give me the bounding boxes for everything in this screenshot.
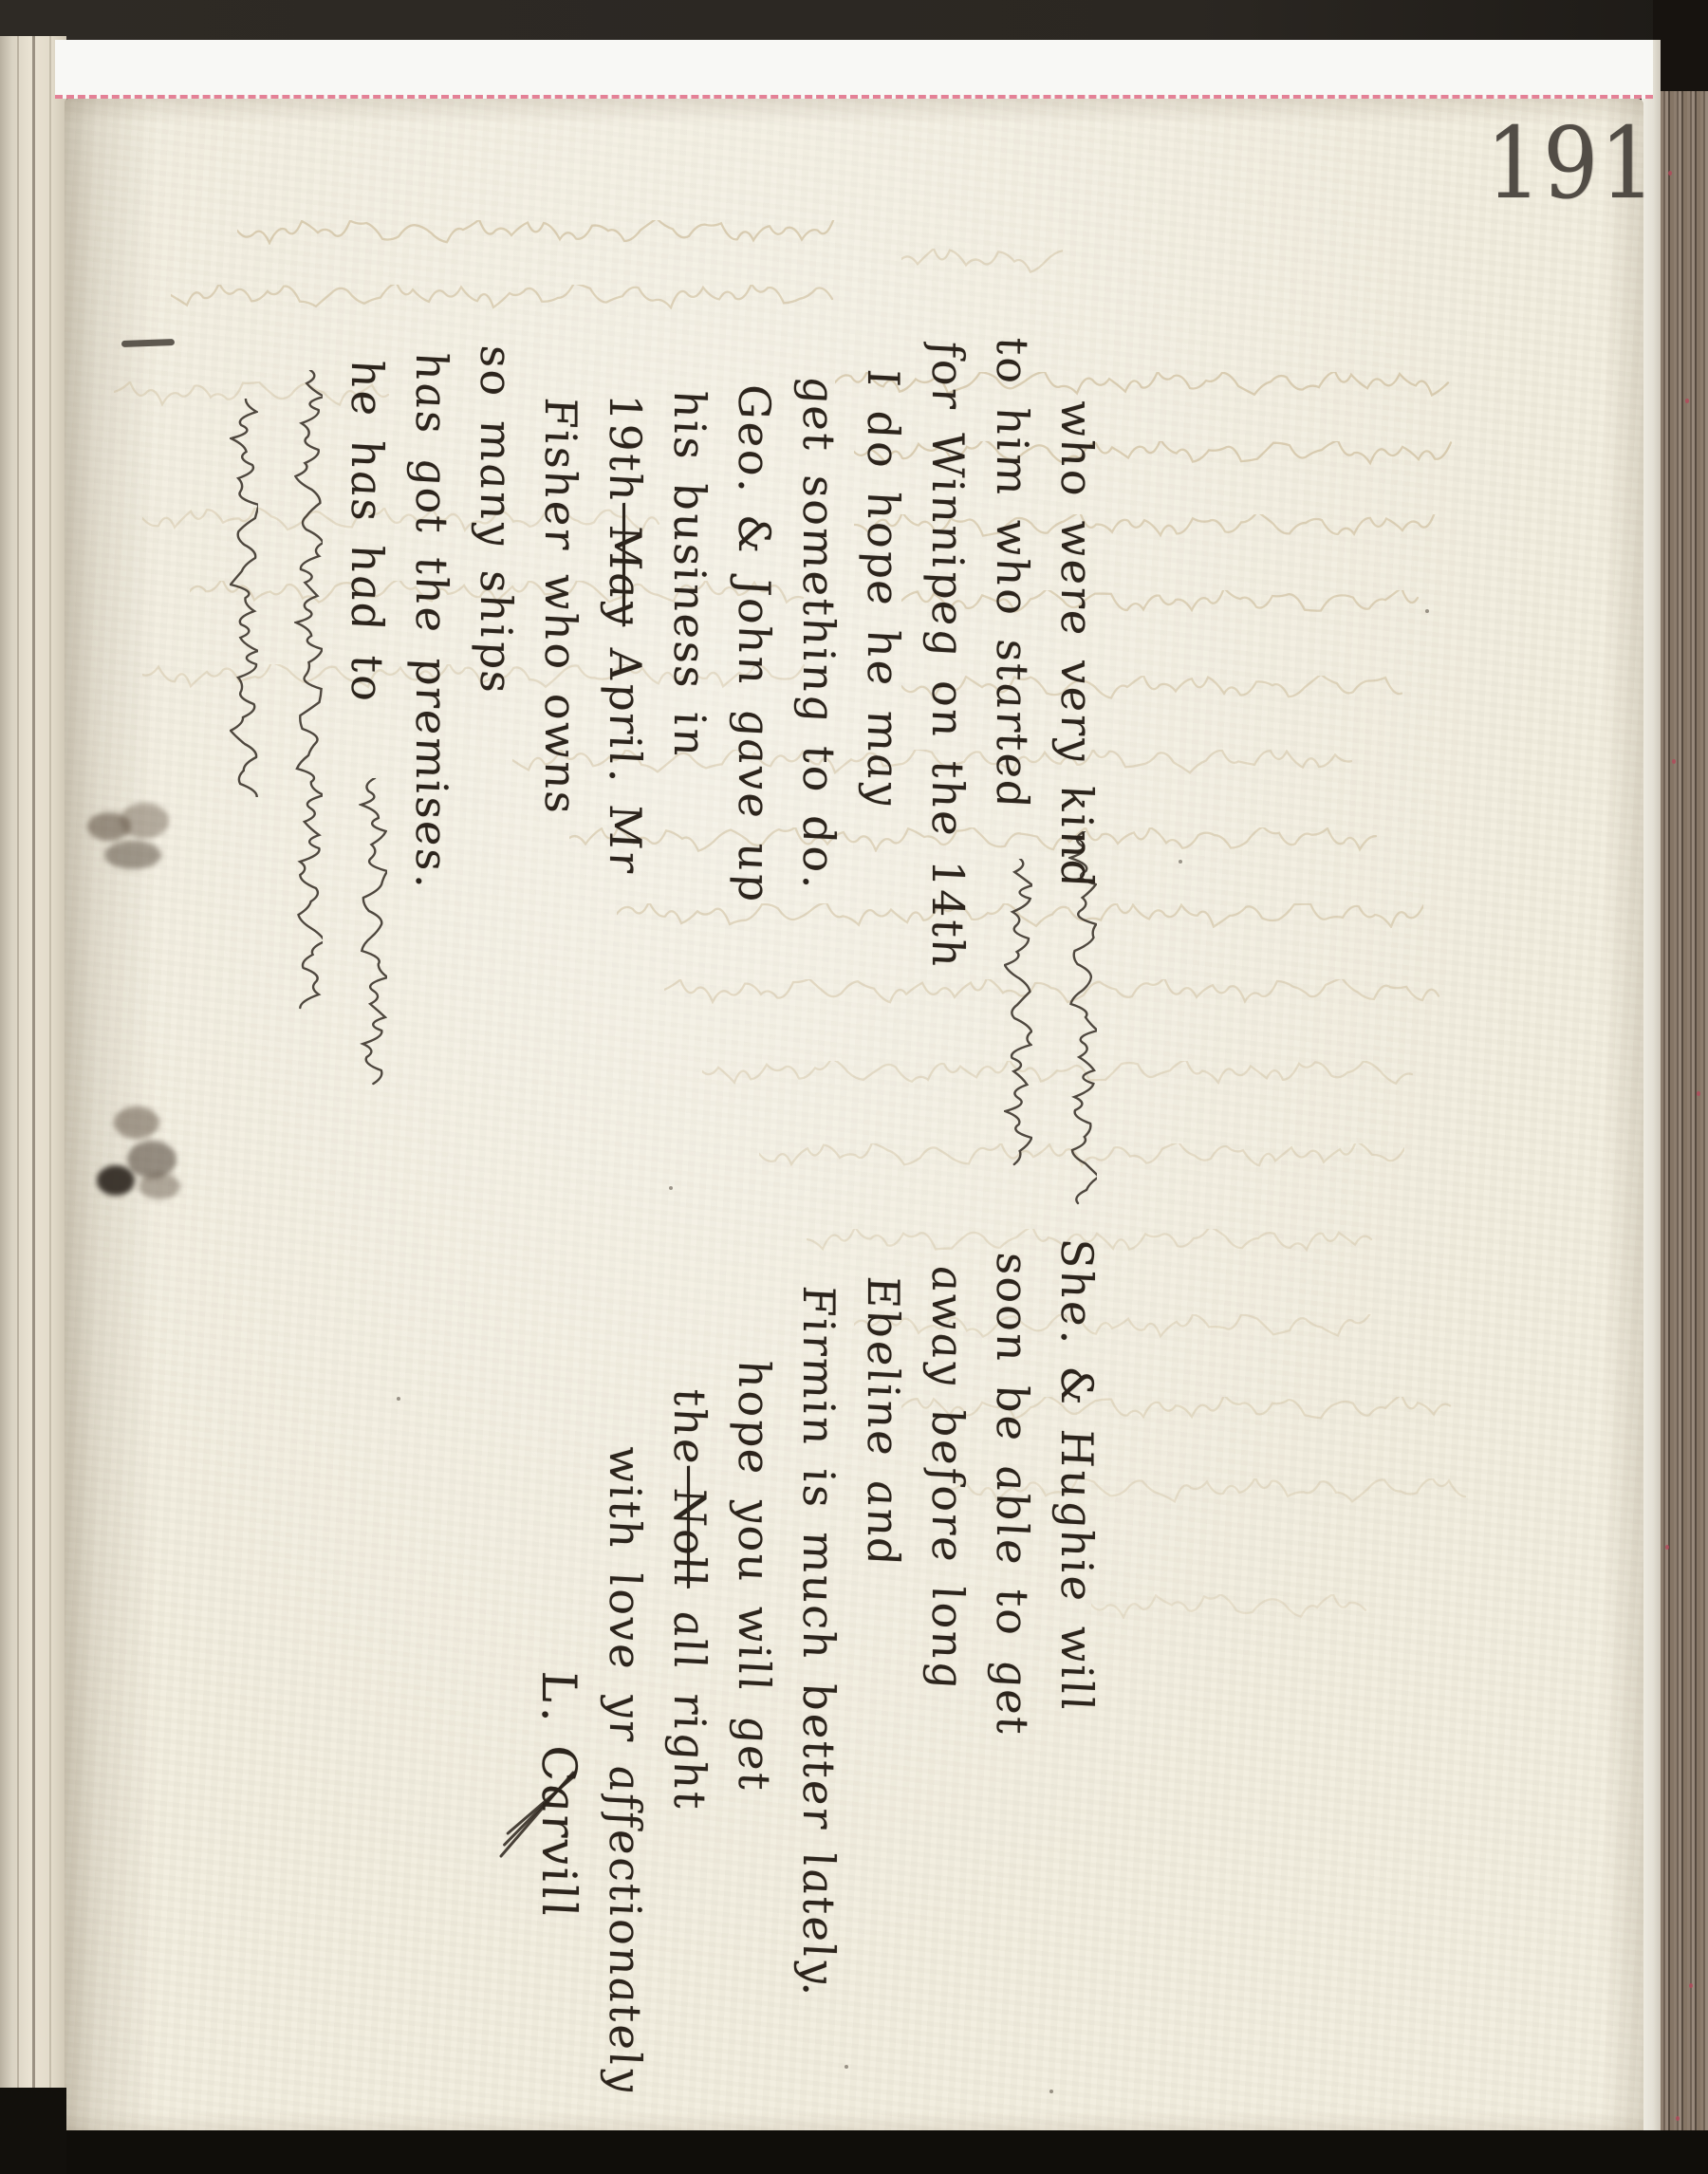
ink-smudge <box>139 1173 180 1199</box>
handwritten-line-segment: Firmin is much better lately. <box>797 1283 841 1998</box>
bleedthrough-ghost-line <box>664 979 1442 1008</box>
handwritten-line-segment: he has had to <box>345 357 389 706</box>
illegible-handwriting-stroke <box>1000 859 1032 1172</box>
handwritten-line-segment: soon be able to get <box>991 1249 1034 1738</box>
book-fore-edge <box>1661 91 1708 2174</box>
bleedthrough-ghost-line <box>1091 1594 1376 1623</box>
illegible-handwriting-stroke <box>1065 831 1097 1211</box>
handwritten-line-segment: who were very kind <box>1055 397 1099 893</box>
bleedthrough-ghost-line <box>901 590 1433 619</box>
page-stack-crease <box>49 36 51 2133</box>
ink-speck <box>669 1186 673 1190</box>
bleedthrough-ghost-line <box>901 676 1414 704</box>
illegible-handwriting-stroke <box>355 778 387 1091</box>
bleedthrough-ghost-line <box>901 249 1063 277</box>
fore-edge-speckle <box>1665 1545 1669 1550</box>
bleedthrough-ghost-line <box>237 220 845 249</box>
page-stack-crease <box>32 36 35 2133</box>
handwritten-line-segment: Fisher who owns <box>539 395 583 818</box>
page-number-stamp: 191 <box>1486 114 1657 213</box>
fore-edge-speckle <box>1689 1983 1693 1988</box>
bleedthrough-ghost-line <box>171 285 835 313</box>
ink-speck <box>1425 609 1429 613</box>
fore-edge-speckle <box>1672 759 1676 764</box>
tissue-interleaf-top <box>55 40 1653 99</box>
handwritten-line-segment: I do hope he may <box>862 366 905 810</box>
book-bottom-edge <box>0 2130 1708 2174</box>
book-corner-dark <box>0 2088 66 2174</box>
ink-speck <box>1049 2090 1053 2093</box>
handwritten-line-segment: with love yr affectionately <box>603 1442 647 2097</box>
illegible-handwriting-stroke <box>226 399 258 797</box>
ink-smudge <box>120 803 169 839</box>
ink-smudge <box>97 1165 135 1196</box>
page-surface: who were very kindShe. & Hughie willto h… <box>65 99 1643 2141</box>
handwritten-line-segment: for Winnipeg on the 14th <box>926 338 970 972</box>
bleedthrough-ghost-line <box>901 1397 1461 1425</box>
handwritten-line-segment: Ebeline and <box>862 1273 905 1570</box>
handwritten-line-segment: so many ships <box>474 342 518 697</box>
ink-speck <box>845 2065 848 2069</box>
page-stack-crease <box>17 36 19 2133</box>
left-page-stack <box>0 36 66 2133</box>
book-corner-dark <box>1653 0 1708 95</box>
fore-edge-speckle <box>1697 1091 1700 1096</box>
handwritten-line-segment: his business in <box>668 387 712 760</box>
handwritten-line-segment: 19th May April. Mr <box>603 391 647 877</box>
handwritten-line-segment: to him who started <box>991 334 1034 813</box>
handwritten-line-segment: has got the premises. <box>410 349 454 891</box>
handwritten-line-segment: get something to do. <box>797 372 841 892</box>
handwritten-line-segment: the Noll all right <box>668 1385 712 1813</box>
fore-edge-speckle <box>1668 171 1672 176</box>
book-top-edge <box>0 0 1708 44</box>
signature-underline-flourish <box>499 1763 577 1866</box>
ink-smudge <box>114 1106 159 1139</box>
page-edge-band <box>1642 40 1661 2161</box>
handwritten-line-segment: away before long <box>926 1262 970 1693</box>
fore-edge-speckle <box>1676 2116 1680 2121</box>
bleedthrough-ghost-line <box>569 827 1385 856</box>
ink-speck <box>1179 860 1182 864</box>
handwritten-line-segment: Geo. & John gave up <box>733 381 776 905</box>
bleedthrough-ghost-line <box>702 1061 1423 1089</box>
ink-speck <box>397 1397 400 1401</box>
ink-smudge <box>104 841 161 869</box>
handwritten-line-segment: She. & Hughie will <box>1055 1236 1099 1716</box>
illegible-handwriting-stroke <box>290 370 323 1015</box>
handwritten-line-segment: hope you will get <box>733 1357 776 1794</box>
fore-edge-speckle <box>1685 399 1689 403</box>
manuscript-scan: who were very kindShe. & Hughie willto h… <box>0 0 1708 2174</box>
